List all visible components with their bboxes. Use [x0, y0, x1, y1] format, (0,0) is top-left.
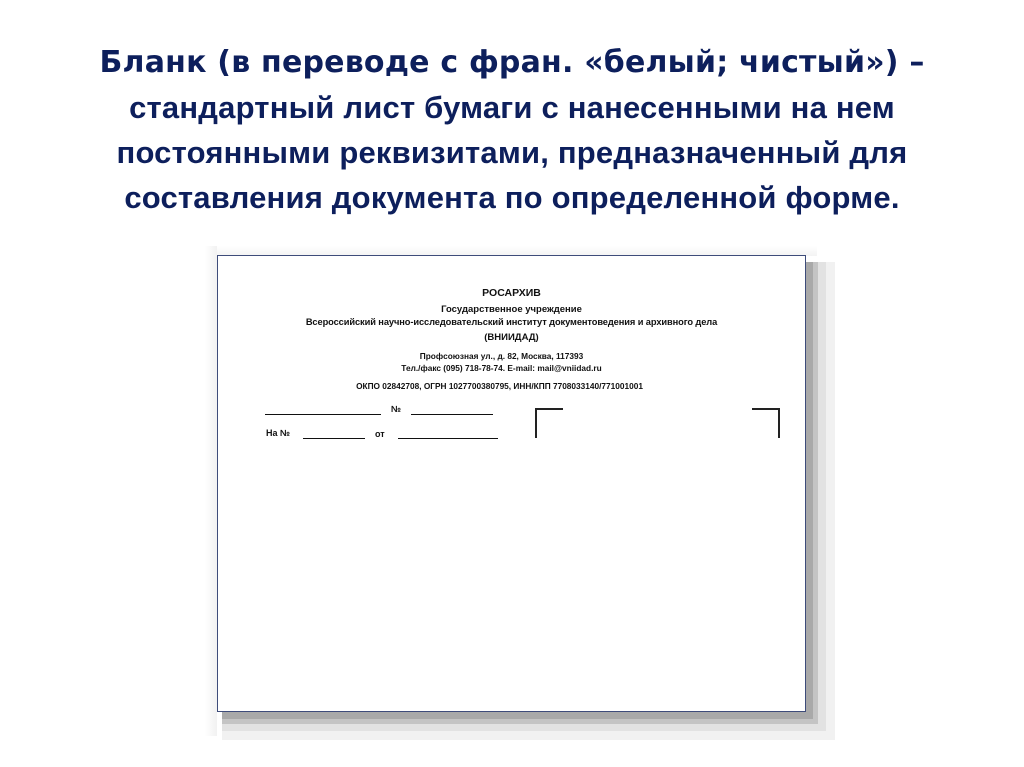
from-label: от	[375, 429, 385, 439]
reference-number-line	[303, 438, 365, 439]
number-label: №	[391, 404, 401, 414]
reference-date-line	[398, 438, 498, 439]
institution-type: Государственное учреждение	[218, 304, 805, 315]
definition-line-1: стандартный лист бумаги с нанесенными на…	[0, 85, 1024, 130]
institution-name: Всероссийский научно-исследовательский и…	[218, 317, 805, 327]
definition-line-2: постоянными реквизитами, предназначенный…	[0, 130, 1024, 175]
definition-line-3: составления документа по определенной фо…	[0, 175, 1024, 220]
frame-shadow	[205, 246, 217, 736]
slide-heading: Бланк (в переводе с фран. «белый; чистый…	[0, 40, 1024, 220]
term-title: Бланк (в переводе с фран. «белый; чистый…	[0, 40, 1024, 85]
organization-name: РОСАРХИВ	[218, 287, 805, 299]
date-line	[265, 414, 381, 415]
addressee-corner-mark-right	[752, 408, 780, 438]
letterhead-form-image: РОСАРХИВ Государственное учреждение Всер…	[217, 255, 806, 712]
postal-address: Профсоюзная ул., д. 82, Москва, 117393	[208, 351, 795, 361]
contact-details: Тел./факс (095) 718-78-74. E-mail: mail@…	[208, 363, 795, 373]
institution-abbreviation: (ВНИИДАД)	[218, 332, 805, 343]
registration-codes: ОКПО 02842708, ОГРН 1027700380795, ИНН/К…	[206, 381, 793, 391]
addressee-corner-mark-left	[535, 408, 563, 438]
number-line	[411, 414, 493, 415]
reference-label: На №	[266, 428, 290, 438]
